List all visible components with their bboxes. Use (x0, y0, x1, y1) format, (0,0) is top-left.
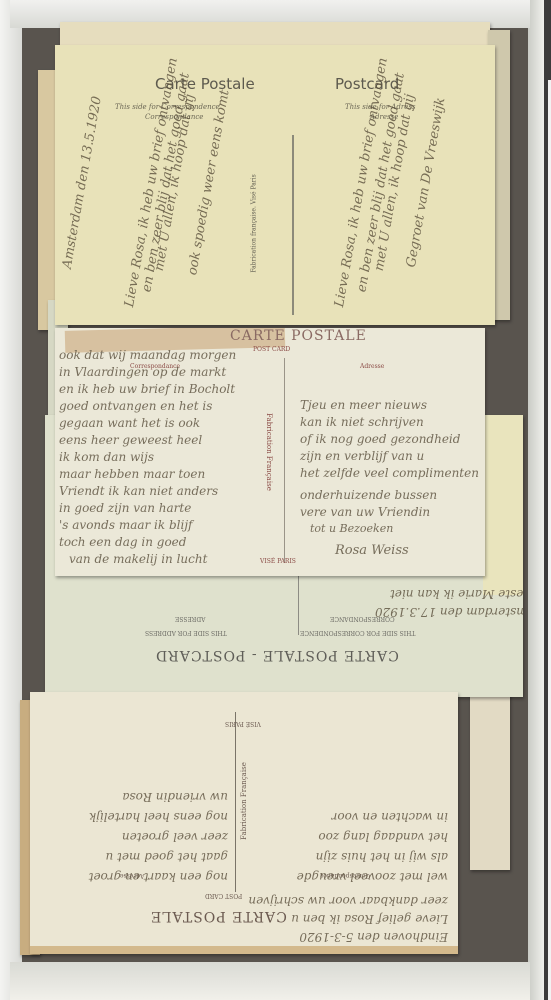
card-sub-label: THIS SIDE FOR ADDRESS (145, 629, 227, 636)
handwriting-line: en ik heb uw brief in Bocholt (59, 382, 235, 396)
handwriting-line: Beste Marie ik kan niet (390, 587, 523, 601)
handwriting-line: of ik nog goed gezondheid (300, 432, 460, 446)
card-sub-label: THIS SIDE FOR CORRESPONDENCE (300, 629, 415, 636)
card-divider-text: Fabrication Française (265, 413, 273, 491)
card-divider-line (292, 135, 294, 315)
stacked-card-back-5 (470, 690, 510, 870)
handwriting-line: van de makelij in lucht (69, 552, 207, 566)
handwriting-line: 's avonds maar ik blijf (59, 518, 193, 532)
handwriting-line: zeer veel groeten (122, 830, 228, 844)
handwriting-line: tot u Bezoeken (310, 522, 393, 535)
card-header-text: CARTE POSTALE - POSTCARD (155, 647, 399, 663)
card-divider-line (284, 358, 285, 563)
handwriting-line: als wij in het huis zijn (316, 850, 448, 864)
handwriting-line: wel met zooveel vreugde (297, 870, 448, 884)
handwriting-block-left: Amsterdam den 13.5.1920 Lieve Rosa, ik h… (55, 45, 285, 325)
handwriting-line: Tjeu en meer nieuws (300, 398, 427, 412)
handwriting-line: nog een kaart en groet (89, 870, 228, 884)
card-header-text: CARTE POSTALE (230, 328, 367, 344)
handwriting-signature: Rosa Weiss (335, 543, 409, 558)
handwriting-line: Amsterdam den 17.3.1920 (375, 605, 523, 619)
handwriting-line: ik kom dan wijs (59, 450, 154, 464)
handwriting-line: in wachten en voor (332, 810, 448, 824)
handwriting-line: in goed zijn van harte (59, 501, 191, 515)
handwriting-line: het vandaag lang zoo (318, 830, 448, 844)
handwriting-line: onderhuizende bussen (300, 488, 437, 502)
postcard-top: Carte Postale Postcard This side for Cor… (55, 45, 495, 325)
handwriting-block: Eindhoven den 5-3-1920 Lieve gelief Rosa… (30, 692, 458, 954)
handwriting-line: zijn en verblijf van u (300, 449, 424, 463)
handwriting-line: goed ontvangen en het is (59, 399, 212, 413)
handwriting-line: maar hebben maar toen (59, 467, 205, 481)
handwriting-line: gaat het goed met u (106, 850, 228, 864)
handwriting-line: Eindhoven den 5-3-1920 (299, 930, 448, 944)
postcard-bottom: CARTE POSTALE POST CARD Correspondance A… (30, 692, 458, 954)
handwriting-line: kan ik niet schrijven (300, 415, 424, 429)
handwriting-line: Amsterdam den 13.5.1920 (60, 95, 105, 270)
card-sub-header: POST CARD (253, 346, 290, 353)
handwriting-line: Vriendt ik kan niet anders (59, 484, 218, 498)
handwriting-line: in Vlaardingen op de markt (59, 365, 226, 379)
box-left-wall (0, 0, 22, 1000)
handwriting-line: gegaan want het is ook (59, 416, 200, 430)
handwriting-line: nog eens heel hartelijk (89, 810, 228, 824)
handwriting-line: ook dat wij maandag morgen (59, 348, 236, 362)
handwriting-line: Lieve gelief Rosa ik ben u (291, 912, 448, 926)
card-sub-label: ADRESSE (175, 615, 206, 622)
handwriting-line: uw vriendin Rosa (122, 790, 228, 804)
box-bottom-wall (10, 962, 530, 1000)
box-right-wall (528, 0, 544, 1000)
handwriting-block-right: Lieve Rosa, ik heb uw brief ontvangen en… (295, 45, 495, 325)
label-adresse: Adresse (360, 363, 384, 370)
handwriting-line: zeer dankbaar voor uw schrijven (248, 894, 448, 908)
handwriting-line: toch een dag in goed (59, 535, 186, 549)
handwriting-line: eens heer geweest heel (59, 433, 202, 447)
postcard-middle: CARTE POSTALE POST CARD Correspondance A… (55, 328, 485, 576)
card-sub-label: CORRESPONDANCE (330, 615, 395, 622)
handwriting-line: vere van uw Vriendin (300, 505, 430, 519)
card-divider-line (298, 575, 299, 635)
card-footer-text: VISÉ PARIS (260, 558, 296, 565)
handwriting-line: het zelfde veel complimenten (300, 466, 479, 480)
